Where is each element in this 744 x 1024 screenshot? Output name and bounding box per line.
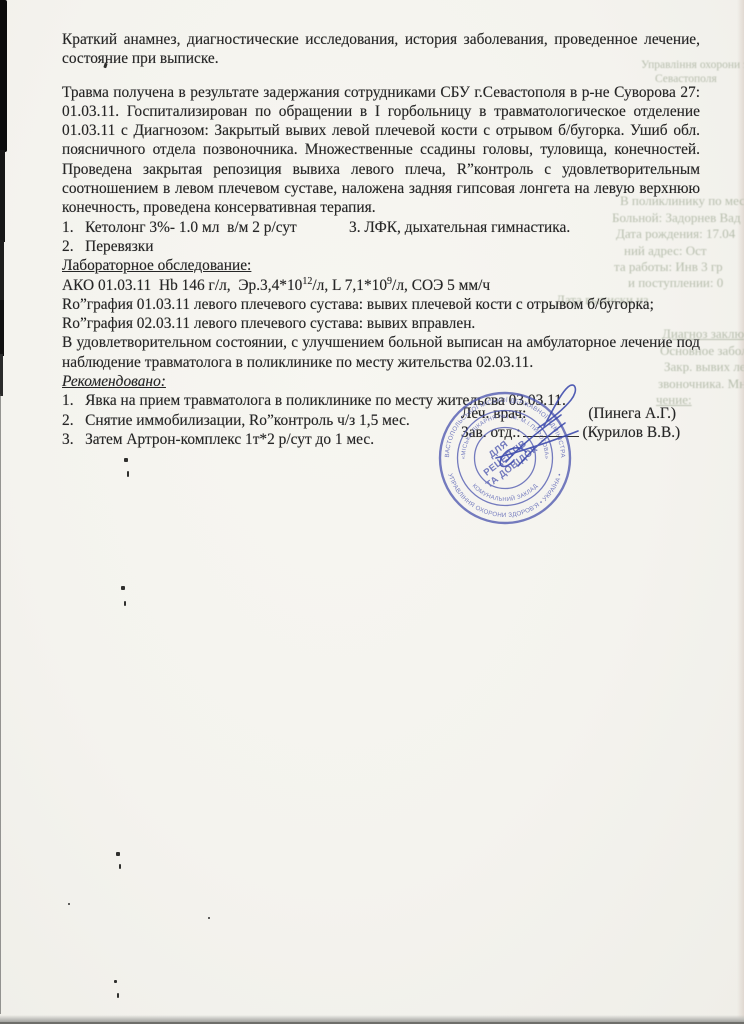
scan-edge-right [737,0,744,1024]
discharge-paragraph: В удовлетворительном состоянии, с улучше… [62,333,700,372]
lab-part-2: /л, L 7,1*10 [312,277,387,294]
scan-speckle [127,471,129,477]
lab-part-1: АКО 01.03.11 Hb 146 г/л, Эр.3,4*10 [62,277,302,294]
scan-edge-left [0,394,1,1014]
treatment-item-2: 2. Перевязки [62,237,700,256]
scanned-medical-discharge-page: Управління охорони здоров'я Севастополя … [0,0,744,1024]
history-paragraph: Травма получена в результате задержания … [62,83,700,218]
lab-heading: Лабораторное обследование: [62,256,700,275]
pen-signature-strokes [448,372,608,482]
xray-line-1: Ro”графия 01.03.11 левого плечевого суст… [62,295,700,314]
scan-edge-left [0,354,3,396]
treatment-line-1: 1. Кетолонг 3%- 1.0 мл в/м 2 р/сут 3. ЛФ… [62,218,700,237]
scan-speckle [121,586,125,590]
xray-line-2: Ro”графия 02.03.11 левого плечевого суст… [62,314,700,333]
intro-paragraph: Краткий анамнез, диагностические исследо… [62,30,700,69]
lab-superscript-12: 12 [302,275,312,286]
scan-edge-left [0,150,5,242]
scan-edge-left [0,300,4,356]
scan-speckle [117,993,119,998]
scan-speckle [208,917,210,919]
scan-speckle [114,980,117,983]
scan-speckle [116,852,120,856]
lab-results-line: АКО 01.03.11 Hb 146 г/л, Эр.3,4*1012/л, … [62,276,700,295]
lab-part-3: /л, СОЭ 5 мм/ч [392,277,490,294]
treatment-item-1: 1. Кетолонг 3%- 1.0 мл в/м 2 р/сут [62,219,297,236]
scan-speckle [119,864,121,869]
stamp-inner-bottom-text: КОМУНАЛЬНИЙ ЗАКЛАД [471,483,539,503]
scan-speckle [68,903,70,905]
scan-edge-left [0,0,7,152]
scan-edge-left [0,240,4,302]
treatment-item-3: 3. ЛФК, дыхательная гимнастика. [349,218,570,237]
scan-speckle [124,601,126,606]
scan-speckle [124,458,128,462]
